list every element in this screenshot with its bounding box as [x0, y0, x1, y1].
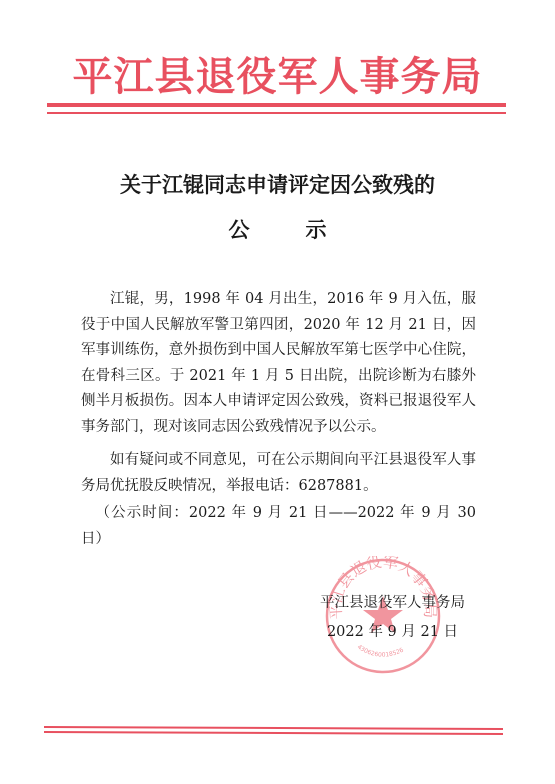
seal-serial: 4306260018526: [356, 644, 405, 659]
body-paragraph: 江锟，男，1998 年 04 月出生，2016 年 9 月入伍，服役于中国人民解…: [81, 287, 476, 440]
signature-date: 2022 年 9 月 21 日: [305, 620, 480, 641]
document-title: 关于江锟同志申请评定因公致残的: [0, 171, 555, 199]
agency-masthead: 平江县退役军人事务局: [0, 52, 555, 102]
official-seal-icon: 平江县退役军人事务局 4306260018526: [323, 556, 443, 676]
body-paragraph: 如有疑问或不同意见，可在公示期间向平江县退役军人事务局优抚股反映情况，举报电话：…: [81, 448, 476, 499]
subtitle-char: 示: [306, 216, 327, 244]
subtitle-char: 公: [229, 216, 250, 244]
footer-rule-top: [44, 726, 503, 730]
header-rule-thin: [47, 112, 506, 114]
notice-period: （公示时间：2022 年 9 月 21 日——2022 年 9 月 30 日）: [81, 501, 476, 552]
signature-organization: 平江县退役军人事务局: [305, 591, 480, 612]
footer-rule-bottom: [44, 731, 503, 735]
svg-text:4306260018526: 4306260018526: [356, 644, 405, 659]
header-rule-thick: [47, 103, 506, 107]
document-body: 江锟，男，1998 年 04 月出生，2016 年 9 月入伍，服役于中国人民解…: [81, 287, 476, 552]
document-subtitle: 公示: [0, 216, 555, 244]
